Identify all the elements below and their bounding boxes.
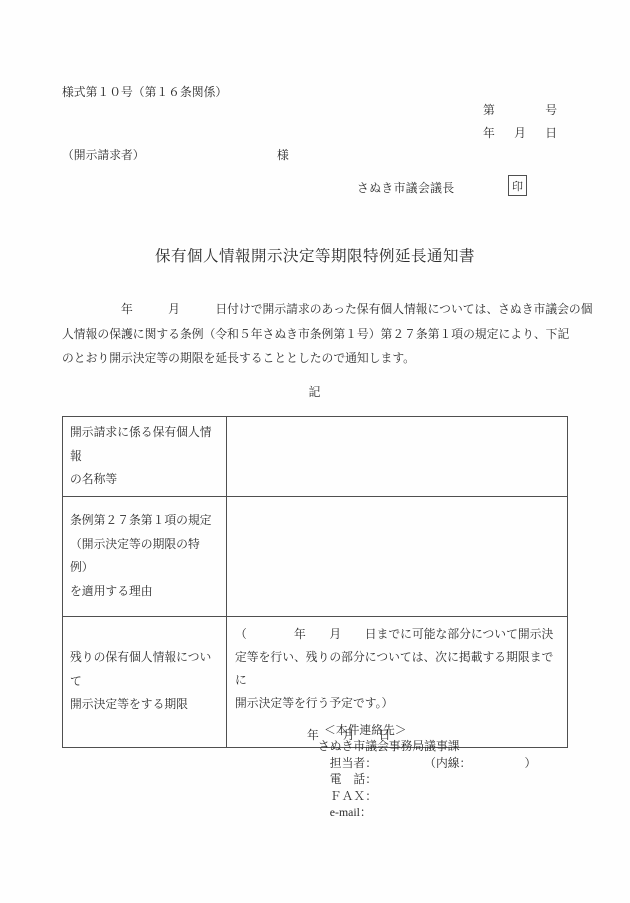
- row2-value-cell: [227, 496, 568, 616]
- contact-staff-line: 担当者： （内線： ）: [318, 755, 536, 771]
- contact-block: ＜本件連絡先＞ さぬき市議会事務局議事課 担当者： （内線： ） 電 話： ＦＡ…: [318, 722, 536, 820]
- doc-number-prefix: 第: [483, 103, 495, 117]
- sender-title: さぬき市議会議長: [357, 181, 455, 195]
- contact-org: さぬき市議会事務局議事課: [318, 738, 536, 754]
- table-row-information-name: 開示請求に係る保有個人情報 の名称等: [63, 417, 568, 497]
- ki-marker: 記: [0, 383, 630, 400]
- seal-stamp: 印: [508, 175, 527, 196]
- row3-note: （ 年 月 日までに可能な部分について開示決 定等を行い、残りの部分については、…: [235, 623, 563, 715]
- row2-label-cell: 条例第２７条第１項の規定 （開示決定等の期限の特例） を適用する理由: [63, 496, 227, 616]
- contact-email-line: e-mail：: [318, 804, 536, 820]
- document-page: 様式第１０号（第１６条関係） 第 号 年 月 日 （開示請求者） 様 さぬき市議…: [0, 0, 630, 903]
- page-title: 保有個人情報開示決定等期限特例延長通知書: [0, 244, 630, 266]
- doc-number-suffix: 号: [545, 103, 557, 117]
- date-month-label: 月: [514, 126, 526, 140]
- contact-header: ＜本件連絡先＞: [318, 722, 536, 738]
- doc-number-line: 第 号: [483, 103, 557, 117]
- row3-label-cell: 残りの保有個人情報について 開示決定等をする期限: [63, 616, 227, 747]
- requester-label: （開示請求者）: [62, 148, 145, 162]
- row1-label-cell: 開示請求に係る保有個人情報 の名称等: [63, 417, 227, 497]
- form-table: 開示請求に係る保有個人情報 の名称等 条例第２７条第１項の規定 （開示決定等の期…: [62, 416, 568, 748]
- seal-char: 印: [512, 178, 523, 194]
- row1-value-cell: [227, 417, 568, 497]
- date-day-label: 日: [545, 126, 557, 140]
- body-line-1: 年 月 日付けで開示請求のあった保有個人情報については、さぬき市議会の個: [62, 297, 574, 322]
- body-line-3: のとおり開示決定等の期限を延長することとしたので通知します。: [62, 346, 574, 371]
- body-paragraph: 年 月 日付けで開示請求のあった保有個人情報については、さぬき市議会の個 人情報…: [62, 297, 574, 371]
- form-number: 様式第１０号（第１６条関係）: [62, 85, 227, 99]
- date-year-label: 年: [483, 126, 495, 140]
- issue-date-line: 年 月 日: [483, 126, 557, 140]
- body-line-2: 人情報の保護に関する条例（令和５年さぬき市条例第１号）第２７条第１項の規定により…: [62, 322, 574, 347]
- contact-fax-line: ＦＡＸ：: [318, 788, 536, 804]
- contact-phone-line: 電 話：: [318, 771, 536, 787]
- table-row-reason: 条例第２７条第１項の規定 （開示決定等の期限の特例） を適用する理由: [63, 496, 568, 616]
- requester-honorific: 様: [277, 148, 289, 162]
